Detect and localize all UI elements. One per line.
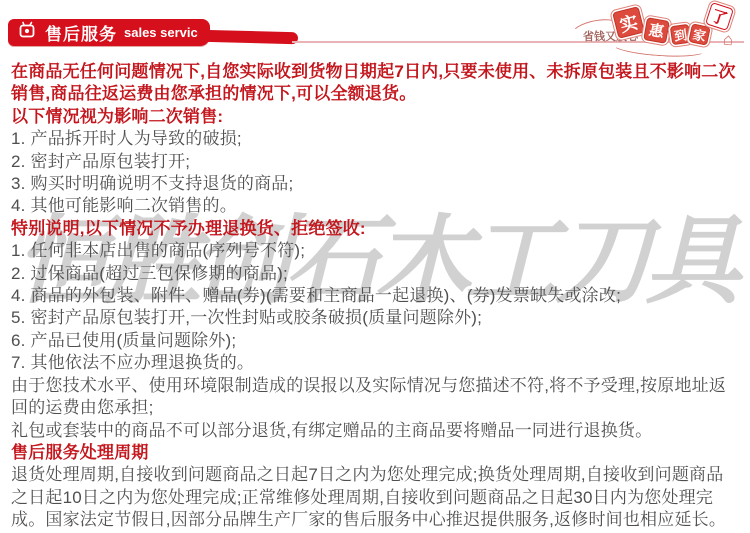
tv-camera-badge-icon [18, 20, 38, 45]
section-title-tab: 售后服务 sales service [8, 19, 210, 46]
stamp-tile: 家 [688, 23, 711, 46]
policy-paragraph: 4. 商品的外包装、附件、赠品(券)(需要和主商品一起退换)、(券)发票缺失或涂… [11, 285, 740, 307]
policy-paragraph: 特别说明,以下情况不予办理退换货、拒绝签收: [11, 218, 740, 240]
policy-paragraph: 退货处理周期,自接收到问题商品之日起7日之内为您处理完成;换货处理周期,自接收到… [11, 464, 740, 531]
stamp-tile: 惠 [643, 17, 670, 44]
policy-paragraph: 2. 过保商品(超过三包保修期的商品); [11, 263, 740, 285]
header-tail-swoosh [198, 30, 298, 45]
policy-paragraph: 在商品无任何问题情况下,自您实际收到货物日期起7日内,只要未使用、未拆原包装且不… [11, 61, 740, 106]
policy-paragraph: 3. 购买时明确说明不支持退货的商品; [11, 173, 740, 195]
policy-paragraph: 以下情况视为影响二次销售: [11, 106, 740, 128]
stamp-tile: 了 [705, 2, 734, 31]
policy-paragraph: 5. 密封产品原包装打开,一次性封贴或胶条破损(质量问题除外); [11, 307, 740, 329]
policy-paragraph: 1. 任何非本店出售的商品(序列号不符); [11, 240, 740, 262]
page-header: 售后服务 sales service 省钱又放心 实惠到家了 ⌂ [0, 0, 750, 58]
policy-paragraph: 2. 密封产品原包装打开; [11, 151, 740, 173]
policy-paragraph: 1. 产品拆开时人为导致的破损; [11, 128, 740, 150]
policy-paragraph: 由于您技术水平、使用环境限制造成的误报以及实际情况与您描述不符,将不予受理,按原… [11, 375, 740, 420]
house-icon: ⌂ [722, 30, 734, 51]
section-title-zh: 售后服务 [45, 20, 117, 45]
policy-text-block: 在商品无任何问题情况下,自您实际收到货物日期起7日内,只要未使用、未拆原包装且不… [11, 61, 740, 532]
stamp-tile: 到 [670, 24, 691, 45]
section-title-en: sales service [124, 25, 205, 40]
header-decoration: 省钱又放心 实惠到家了 ⌂ [583, 4, 748, 56]
policy-paragraph: 6. 产品已使用(质量问题除外); [11, 330, 740, 352]
stamp-tile: 实 [612, 6, 645, 39]
policy-paragraph: 7. 其他依法不应办理退换货的。 [11, 352, 740, 374]
policy-paragraph: 售后服务处理周期 [11, 442, 740, 464]
policy-paragraph: 4. 其他可能影响二次销售的。 [11, 195, 740, 217]
policy-paragraph: 礼包或套装中的商品不可以部分退货,有绑定赠品的主商品要将赠品一同进行退换货。 [11, 420, 740, 442]
